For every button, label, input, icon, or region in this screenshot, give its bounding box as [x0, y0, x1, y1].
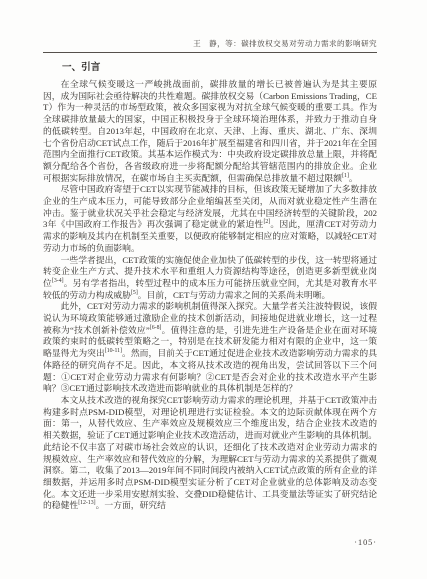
paragraph: 此外，CET对劳动力需求的影响机制值得深入探究。大量学者关注波特假说，该假说认为… [43, 301, 377, 395]
paragraph-text: 。 [349, 173, 358, 183]
paragraph: 尽管中国政府寄望于CET以实现节能减排的目标，但该政策无疑增加了大多数排放企业的… [43, 184, 377, 254]
paper-page: 王 静，等：碳排放权交易对劳动力需求的影响研究 一、引言 在全球气候变暖这一严峻… [0, 0, 427, 579]
citation-superscript: [12-13] [78, 500, 95, 506]
paragraph: 一些学者提出，CET政策的实施促使企业加快了低碳转型的步伐，这一转型将通过转变企… [43, 255, 377, 302]
running-header: 王 静，等：碳排放权交易对劳动力需求的影响研究 [43, 39, 377, 53]
citation-superscript: [3-4] [52, 278, 64, 284]
paragraph: 本文从技术改造的视角探究CET影响劳动力需求的理论机理，并基于CET政策冲击构建… [43, 395, 377, 512]
paragraph-text: 。一方面，研究结 [96, 500, 166, 510]
paragraph-text: 本文从技术改造的视角探究CET影响劳动力需求的理论机理，并基于CET政策冲击构建… [43, 395, 377, 510]
page-content: 一、引言 在全球气候变暖这一严峻挑战面前，碳排放量的增长已被普遍认为是其主要原因… [43, 62, 377, 512]
citation-superscript: [1] [342, 173, 349, 179]
section-heading-introduction: 一、引言 [43, 62, 377, 74]
paragraph-text: 在全球气候变暖这一严峻挑战面前，碳排放量的增长已被普遍认为是其主要原因，成为国际… [43, 79, 377, 183]
paragraph: 在全球气候变暖这一严峻挑战面前，碳排放量的增长已被普遍认为是其主要原因，成为国际… [43, 79, 377, 184]
citation-superscript: [10-11] [105, 348, 122, 354]
citation-superscript: [6-8] [150, 325, 162, 331]
paragraph-text: 。目前，CET与劳动力需求之间的关系尚未明晰。 [138, 290, 331, 300]
paragraphs-container: 在全球气候变暖这一严峻挑战面前，碳排放量的增长已被普遍认为是其主要原因，成为国际… [43, 79, 377, 512]
citation-superscript: [5] [131, 290, 138, 296]
page-number: ·105· [354, 538, 377, 547]
